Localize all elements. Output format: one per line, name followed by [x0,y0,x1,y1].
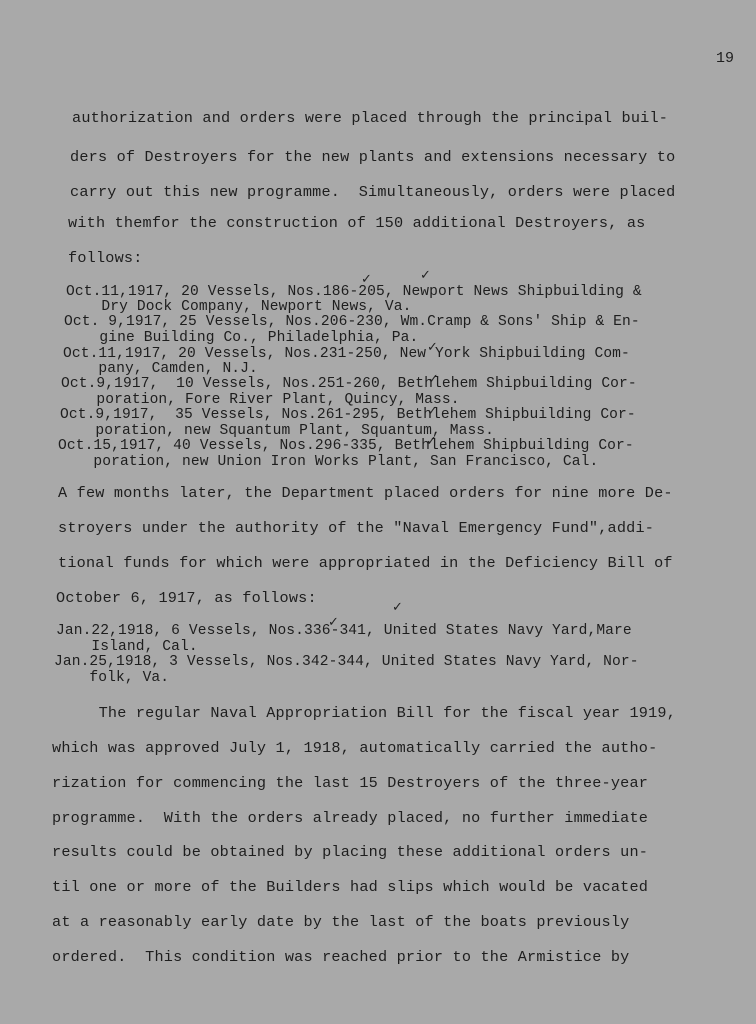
check-mark-icon: ✓ [427,404,438,419]
page-number: 19 [716,50,734,67]
order-entry-continuation: poration, new Union Iron Works Plant, Sa… [58,455,598,470]
order-entry-continuation: Dry Dock Company, Newport News, Va. [66,300,411,315]
paragraph-line: results could be obtained by placing the… [52,843,648,861]
order-entry: Oct.11,1917, 20 Vessels, Nos.231-250, Ne… [63,347,630,362]
paragraph-line: til one or more of the Builders had slip… [52,878,648,896]
check-mark-icon: ✓ [328,615,339,630]
paragraph-line: A few months later, the Department place… [58,484,673,502]
check-mark-icon: ✓ [392,600,403,615]
check-mark-icon: ✓ [428,372,439,387]
order-entry-continuation: folk, Va. [54,671,169,686]
paragraph-line: rization for commencing the last 15 Dest… [52,774,648,792]
order-entry-continuation: pany, Camden, N.J. [63,362,258,377]
paragraph-line: ders of Destroyers for the new plants an… [70,148,675,166]
order-entry-continuation: gine Building Co., Philadelphia, Pa. [64,331,418,346]
order-entry: Oct.11,1917, 20 Vessels, Nos.186-205, Ne… [66,285,642,300]
order-entry: Oct.15,1917, 40 Vessels, Nos.296-335, Be… [58,439,634,454]
check-mark-icon: ✓ [427,340,438,355]
paragraph-line: which was approved July 1, 1918, automat… [52,739,657,757]
paragraph-line: at a reasonably early date by the last o… [52,913,629,931]
order-entry: Jan.22,1918, 6 Vessels, Nos.336-341, Uni… [56,624,632,639]
paragraph-line: October 6, 1917, as follows: [56,589,317,607]
paragraph-line: follows: [68,249,143,267]
check-mark-icon: ✓ [426,434,437,449]
paragraph-line: authorization and orders were placed thr… [72,109,668,127]
paragraph-line: tional funds for which were appropriated… [58,554,673,572]
paragraph-line: with themfor the construction of 150 add… [68,214,645,232]
order-entry: Oct. 9,1917, 25 Vessels, Nos.206-230, Wm… [64,315,640,330]
paragraph-line: carry out this new programme. Simultaneo… [70,183,675,201]
paragraph-line: ordered. This condition was reached prio… [52,948,629,966]
paragraph-line: stroyers under the authority of the "Nav… [58,519,654,537]
order-entry-continuation: poration, Fore River Plant, Quincy, Mass… [61,393,460,408]
check-mark-icon: ✓ [361,272,372,287]
typewritten-page: 19 authorization and orders were placed … [0,0,756,1024]
order-entry: Oct.9,1917, 35 Vessels, Nos.261-295, Bet… [60,408,636,423]
order-entry-continuation: Island, Cal. [56,640,198,655]
check-mark-icon: ✓ [420,268,431,283]
paragraph-line: programme. With the orders already place… [52,809,648,827]
order-entry: Jan.25,1918, 3 Vessels, Nos.342-344, Uni… [54,655,639,670]
order-entry: Oct.9,1917, 10 Vessels, Nos.251-260, Bet… [61,377,637,392]
paragraph-line: The regular Naval Appropriation Bill for… [52,704,676,722]
